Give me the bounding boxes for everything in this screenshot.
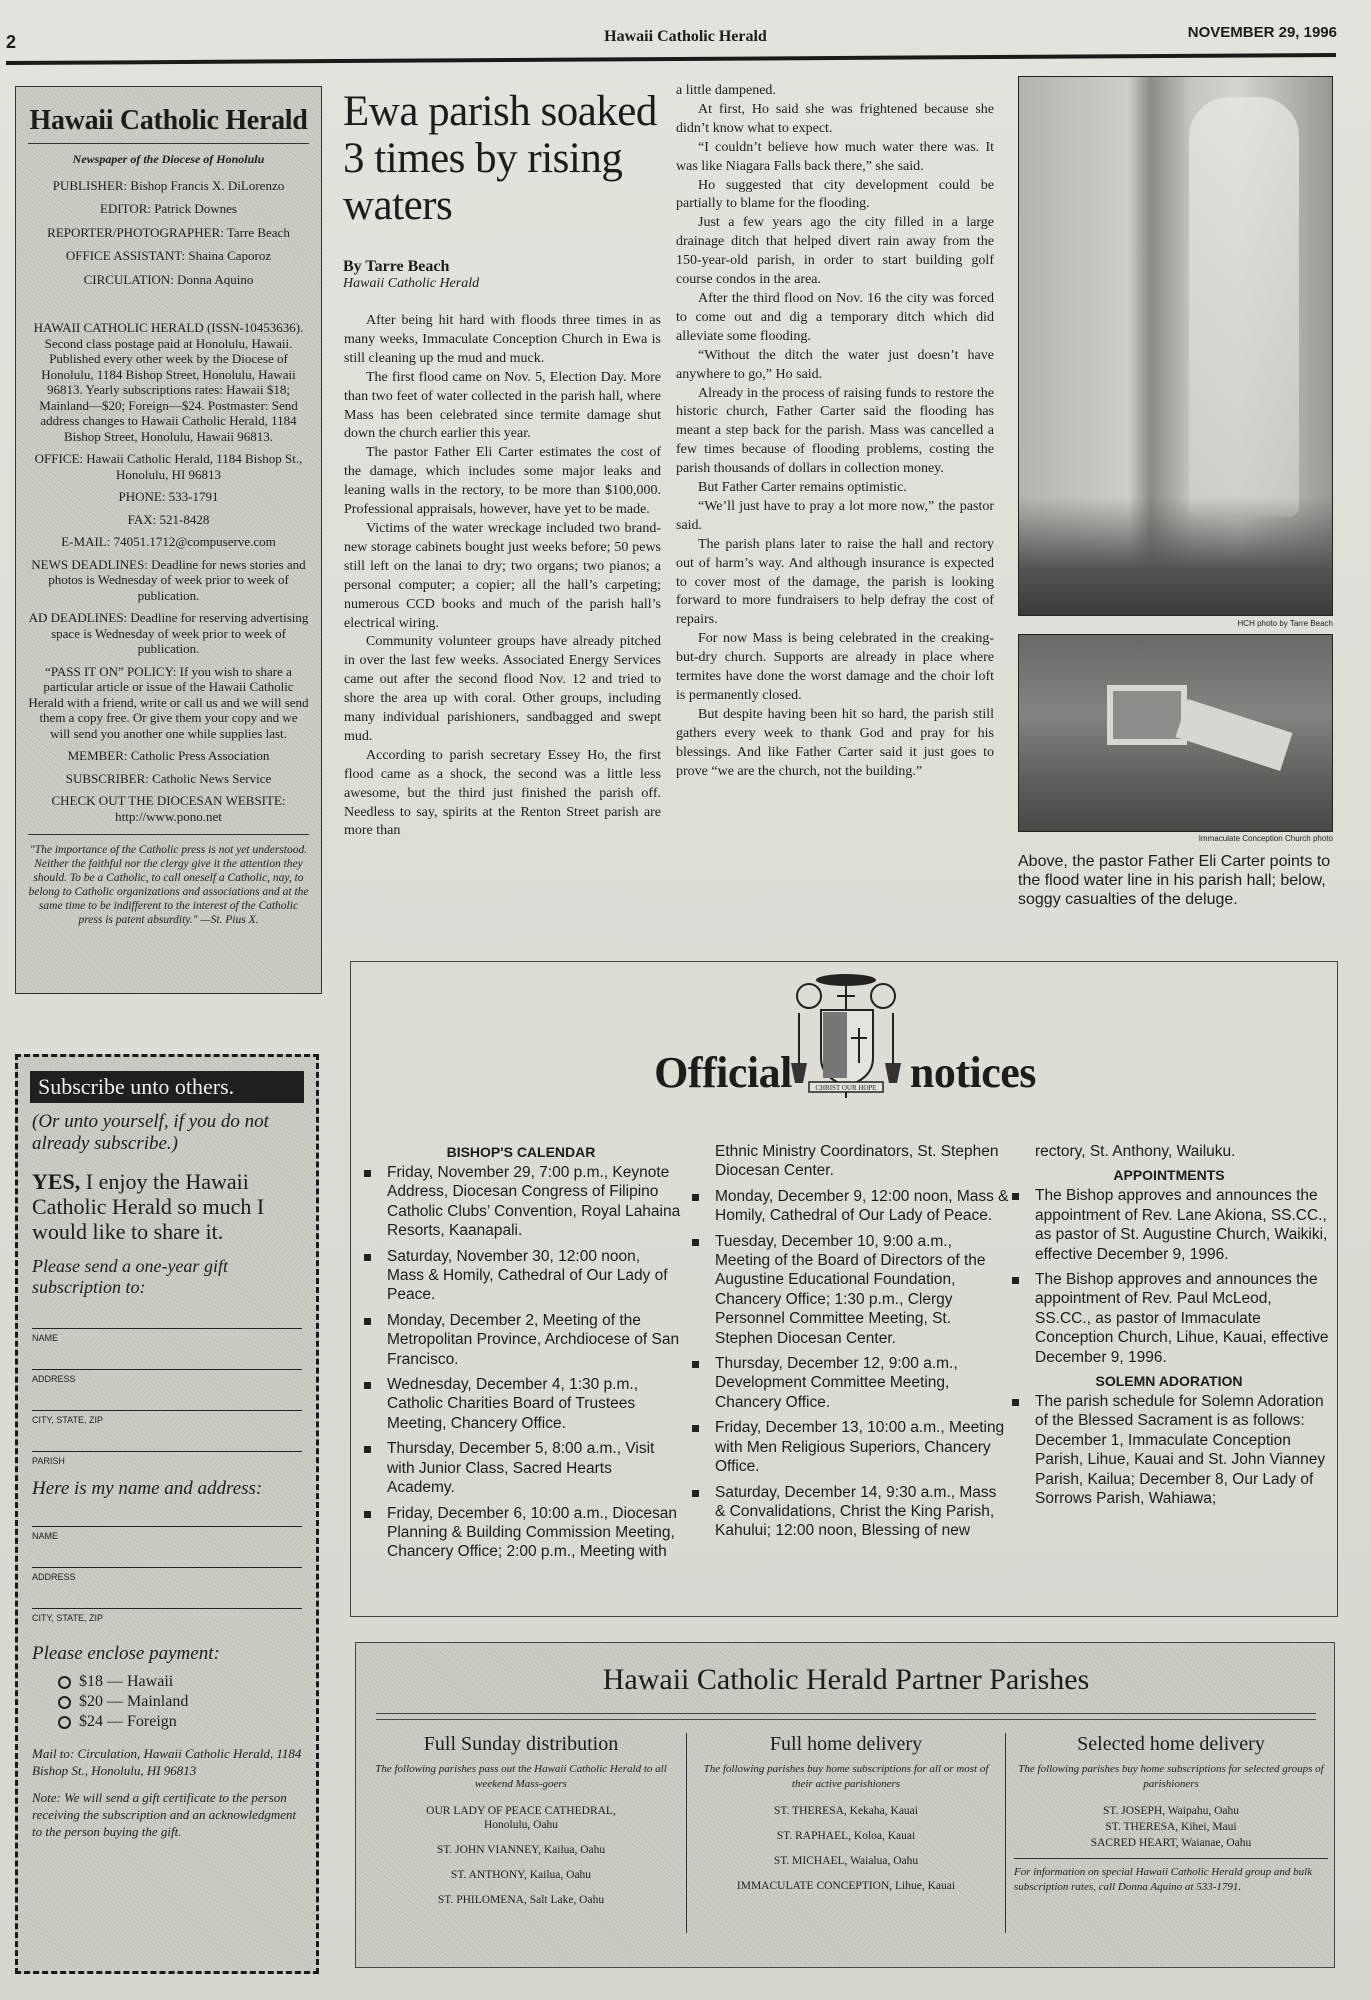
notices-column-3: rectory, St. Anthony, Wailuku. APPOINTME… bbox=[1009, 1142, 1329, 1515]
coupon-please-send: Please send a one-year gift subscription… bbox=[32, 1256, 302, 1298]
calendar-item: Tuesday, December 10, 9:00 a.m., Meeting… bbox=[689, 1232, 1009, 1348]
paragraph: The first flood came on Nov. 5, Election… bbox=[344, 369, 661, 445]
credit-office-assistant: OFFICE ASSISTANT: Shaina Caporoz bbox=[28, 248, 309, 264]
parish-entry: ST. THERESA, Kihei, Maui bbox=[1006, 1820, 1336, 1834]
notices-column-2: Ethnic Ministry Coordinators, St. Stephe… bbox=[689, 1142, 1009, 1547]
phone: PHONE: 533-1791 bbox=[28, 489, 309, 505]
email: E-MAIL: 74051.1712@compuserve.com bbox=[28, 534, 309, 550]
calendar-item: Saturday, December 14, 9:30 a.m., Mass &… bbox=[689, 1483, 1009, 1541]
adoration-heading: SOLEMN ADORATION bbox=[1009, 1373, 1329, 1389]
paragraph: “We’ll just have to pray a lot more now,… bbox=[676, 498, 994, 536]
website: CHECK OUT THE DIOCESAN WEBSITE: http://w… bbox=[28, 793, 309, 824]
option-foreign[interactable]: $24 — Foreign bbox=[58, 1713, 302, 1731]
radio-icon[interactable] bbox=[58, 1696, 71, 1709]
partner-title: Hawaii Catholic Herald Partner Parishes bbox=[356, 1663, 1336, 1697]
photo-caption: Above, the pastor Father Eli Carter poin… bbox=[1018, 852, 1336, 909]
coupon-banner: Subscribe unto others. bbox=[30, 1071, 304, 1103]
parish-entry: ST. JOHN VIANNEY, Kailua, Oahu bbox=[356, 1843, 686, 1857]
column-heading: Full Sunday distribution bbox=[356, 1733, 686, 1756]
parish-entry: ST. JOSEPH, Waipahu, Oahu bbox=[1006, 1804, 1336, 1818]
calendar-item: Friday, November 29, 7:00 p.m., Keynote … bbox=[361, 1163, 681, 1241]
gift-address-field[interactable]: ADDRESS bbox=[32, 1369, 302, 1384]
partner-column-full-home: Full home delivery The following parishe… bbox=[686, 1733, 1006, 1933]
official-notices-box: CHRIST OUR HOPE Officialnotices BISHOP'S… bbox=[350, 961, 1338, 1617]
paragraph: According to parish secretary Essey Ho, … bbox=[344, 747, 661, 842]
paragraph: The pastor Father Eli Carter estimates t… bbox=[344, 444, 661, 520]
own-name-field[interactable]: NAME bbox=[32, 1526, 302, 1541]
article-headline: Ewa parish soaked 3 times by rising wate… bbox=[343, 88, 673, 229]
calendar-item: Saturday, November 30, 12:00 noon, Mass … bbox=[361, 1247, 681, 1305]
paragraph: Community volunteer groups have already … bbox=[344, 633, 661, 746]
article-byline: By Tarre Beach bbox=[343, 258, 449, 276]
fax: FAX: 521-8428 bbox=[28, 512, 309, 528]
double-rule bbox=[376, 1713, 1316, 1720]
paragraph-continued: a little dampened. bbox=[676, 82, 994, 101]
coupon-note: Note: We will send a gift certificate to… bbox=[32, 1789, 302, 1840]
calendar-item-continued: Ethnic Ministry Coordinators, St. Stephe… bbox=[689, 1142, 1009, 1181]
paragraph: After being hit hard with floods three t… bbox=[344, 312, 661, 369]
credit-circulation: CIRCULATION: Donna Aquino bbox=[28, 272, 309, 288]
subscriber: SUBSCRIBER: Catholic News Service bbox=[28, 771, 309, 787]
coupon-mail-to: Mail to: Circulation, Hawaii Catholic He… bbox=[32, 1745, 302, 1779]
calendar-item: Friday, December 6, 10:00 a.m., Diocesan… bbox=[361, 1504, 681, 1562]
office-address: OFFICE: Hawaii Catholic Herald, 1184 Bis… bbox=[28, 451, 309, 482]
appointments-heading: APPOINTMENTS bbox=[1009, 1167, 1329, 1183]
coupon-yes-statement: YES, I enjoy the Hawaii Catholic Herald … bbox=[32, 1169, 302, 1244]
parish-entry: ST. MICHAEL, Waialua, Oahu bbox=[687, 1854, 1005, 1868]
calendar-item: Wednesday, December 4, 1:30 p.m., Cathol… bbox=[361, 1375, 681, 1433]
coupon-enclose: Please enclose payment: bbox=[32, 1643, 302, 1665]
parish-entry: ST. PHILOMENA, Salt Lake, Oahu bbox=[356, 1893, 686, 1907]
coupon-here-is: Here is my name and address: bbox=[32, 1478, 302, 1500]
own-address-field[interactable]: ADDRESS bbox=[32, 1567, 302, 1582]
coupon-or-line: (Or unto yourself, if you do not already… bbox=[32, 1111, 302, 1155]
gift-parish-field[interactable]: PARISH bbox=[32, 1451, 302, 1466]
calendar-item: Monday, December 9, 12:00 noon, Mass & H… bbox=[689, 1187, 1009, 1226]
article-column-1: After being hit hard with floods three t… bbox=[344, 312, 661, 841]
ad-deadlines: AD DEADLINES: Deadline for reserving adv… bbox=[28, 610, 309, 657]
paragraph: After the third flood on Nov. 16 the cit… bbox=[676, 290, 994, 347]
paragraph: “I couldn’t believe how much water there… bbox=[676, 139, 994, 177]
subscription-coupon: Subscribe unto others. (Or unto yourself… bbox=[15, 1054, 319, 1974]
calendar-item: Thursday, December 5, 8:00 a.m., Visit w… bbox=[361, 1439, 681, 1497]
paragraph: The parish plans later to raise the hall… bbox=[676, 536, 994, 631]
column-heading: Full home delivery bbox=[687, 1733, 1005, 1756]
radio-icon[interactable] bbox=[58, 1676, 71, 1689]
calendar-item: Thursday, December 12, 9:00 a.m., Develo… bbox=[689, 1354, 1009, 1412]
credit-editor: EDITOR: Patrick Downes bbox=[28, 201, 309, 217]
running-title: Hawaii Catholic Herald bbox=[0, 28, 1371, 46]
notices-title: Officialnotices bbox=[351, 1047, 1339, 1098]
option-mainland[interactable]: $20 — Mainland bbox=[58, 1693, 302, 1711]
parish-entry: ST. THERESA, Kekaha, Kauai bbox=[687, 1804, 1005, 1818]
column-heading: Selected home delivery bbox=[1006, 1733, 1336, 1756]
radio-icon[interactable] bbox=[58, 1716, 71, 1729]
partner-parishes-box: Hawaii Catholic Herald Partner Parishes … bbox=[355, 1642, 1335, 1968]
gift-city-field[interactable]: CITY, STATE, ZIP bbox=[32, 1410, 302, 1425]
article-column-2: a little dampened. At first, Ho said she… bbox=[676, 82, 994, 782]
calendar-item-continued: rectory, St. Anthony, Wailuku. bbox=[1009, 1142, 1329, 1161]
publication-statement: HAWAII CATHOLIC HERALD (ISSN-10453636). … bbox=[28, 320, 309, 444]
paragraph: Just a few years ago the city filled in … bbox=[676, 214, 994, 290]
paragraph: “Without the ditch the water just doesn’… bbox=[676, 347, 994, 385]
paragraph: Already in the process of raising funds … bbox=[676, 385, 994, 480]
pius-quote: "The importance of the Catholic press is… bbox=[28, 834, 309, 927]
appointment-item: The Bishop approves and announces the ap… bbox=[1009, 1270, 1329, 1367]
member: MEMBER: Catholic Press Association bbox=[28, 748, 309, 764]
masthead-box: Hawaii Catholic Herald Newspaper of the … bbox=[15, 86, 322, 994]
pass-it-on-policy: “PASS IT ON” POLICY: If you wish to shar… bbox=[28, 664, 309, 742]
parish-entry: ST. ANTHONY, Kailua, Oahu bbox=[356, 1868, 686, 1882]
appointment-item: The Bishop approves and announces the ap… bbox=[1009, 1186, 1329, 1264]
parish-entry: IMMACULATE CONCEPTION, Lihue, Kauai bbox=[687, 1879, 1005, 1893]
photo-soggy-casualties bbox=[1018, 634, 1333, 832]
newspaper-page: 2 Hawaii Catholic Herald NOVEMBER 29, 19… bbox=[0, 0, 1371, 2000]
paragraph: But Father Carter remains optimistic. bbox=[676, 479, 994, 498]
partner-column-selected-home: Selected home delivery The following par… bbox=[1006, 1733, 1336, 1933]
notices-column-1: BISHOP'S CALENDAR Friday, November 29, 7… bbox=[361, 1142, 681, 1568]
option-hawaii[interactable]: $18 — Hawaii bbox=[58, 1673, 302, 1691]
credit-reporter: REPORTER/PHOTOGRAPHER: Tarre Beach bbox=[28, 225, 309, 241]
parish-entry: SACRED HEART, Waianae, Oahu bbox=[1006, 1836, 1336, 1850]
bulk-rates-info: For information on special Hawaii Cathol… bbox=[1014, 1858, 1328, 1895]
masthead-tagline: Newspaper of the Diocese of Honolulu bbox=[28, 152, 309, 168]
article-byline-org: Hawaii Catholic Herald bbox=[343, 276, 479, 292]
calendar-item: Friday, December 13, 10:00 a.m., Meeting… bbox=[689, 1418, 1009, 1476]
header-rule bbox=[6, 53, 1336, 65]
adoration-item: The parish schedule for Solemn Adoration… bbox=[1009, 1392, 1329, 1508]
paragraph: But despite having been hit so hard, the… bbox=[676, 706, 994, 782]
paragraph: Victims of the water wreckage included t… bbox=[344, 520, 661, 633]
paragraph: For now Mass is being celebrated in the … bbox=[676, 630, 994, 706]
parish-entry: OUR LADY OF PEACE CATHEDRAL,Honolulu, Oa… bbox=[356, 1804, 686, 1832]
photo1-credit: HCH photo by Tarre Beach bbox=[1018, 619, 1333, 628]
paragraph: At first, Ho said she was frightened bec… bbox=[676, 101, 994, 139]
paragraph: Ho suggested that city development could… bbox=[676, 177, 994, 215]
gift-name-field[interactable]: NAME bbox=[32, 1328, 302, 1343]
issue-date: NOVEMBER 29, 1996 bbox=[1188, 24, 1337, 41]
parish-entry: ST. RAPHAEL, Koloa, Kauai bbox=[687, 1829, 1005, 1843]
calendar-item: Monday, December 2, Meeting of the Metro… bbox=[361, 1311, 681, 1369]
photo-pastor-flood-line bbox=[1018, 76, 1333, 616]
column-description: The following parishes pass out the Hawa… bbox=[366, 1762, 676, 1792]
masthead-title: Hawaii Catholic Herald bbox=[28, 97, 309, 144]
column-description: The following parishes buy home subscrip… bbox=[1016, 1762, 1326, 1792]
partner-column-sunday: Full Sunday distribution The following p… bbox=[356, 1733, 686, 1933]
news-deadlines: NEWS DEADLINES: Deadline for news storie… bbox=[28, 557, 309, 604]
bishops-calendar-heading: BISHOP'S CALENDAR bbox=[361, 1144, 681, 1160]
own-city-field[interactable]: CITY, STATE, ZIP bbox=[32, 1608, 302, 1623]
column-description: The following parishes buy home subscrip… bbox=[697, 1762, 995, 1792]
photo2-credit: Immaculate Conception Church photo bbox=[1018, 834, 1333, 843]
credit-publisher: PUBLISHER: Bishop Francis X. DiLorenzo bbox=[28, 178, 309, 194]
